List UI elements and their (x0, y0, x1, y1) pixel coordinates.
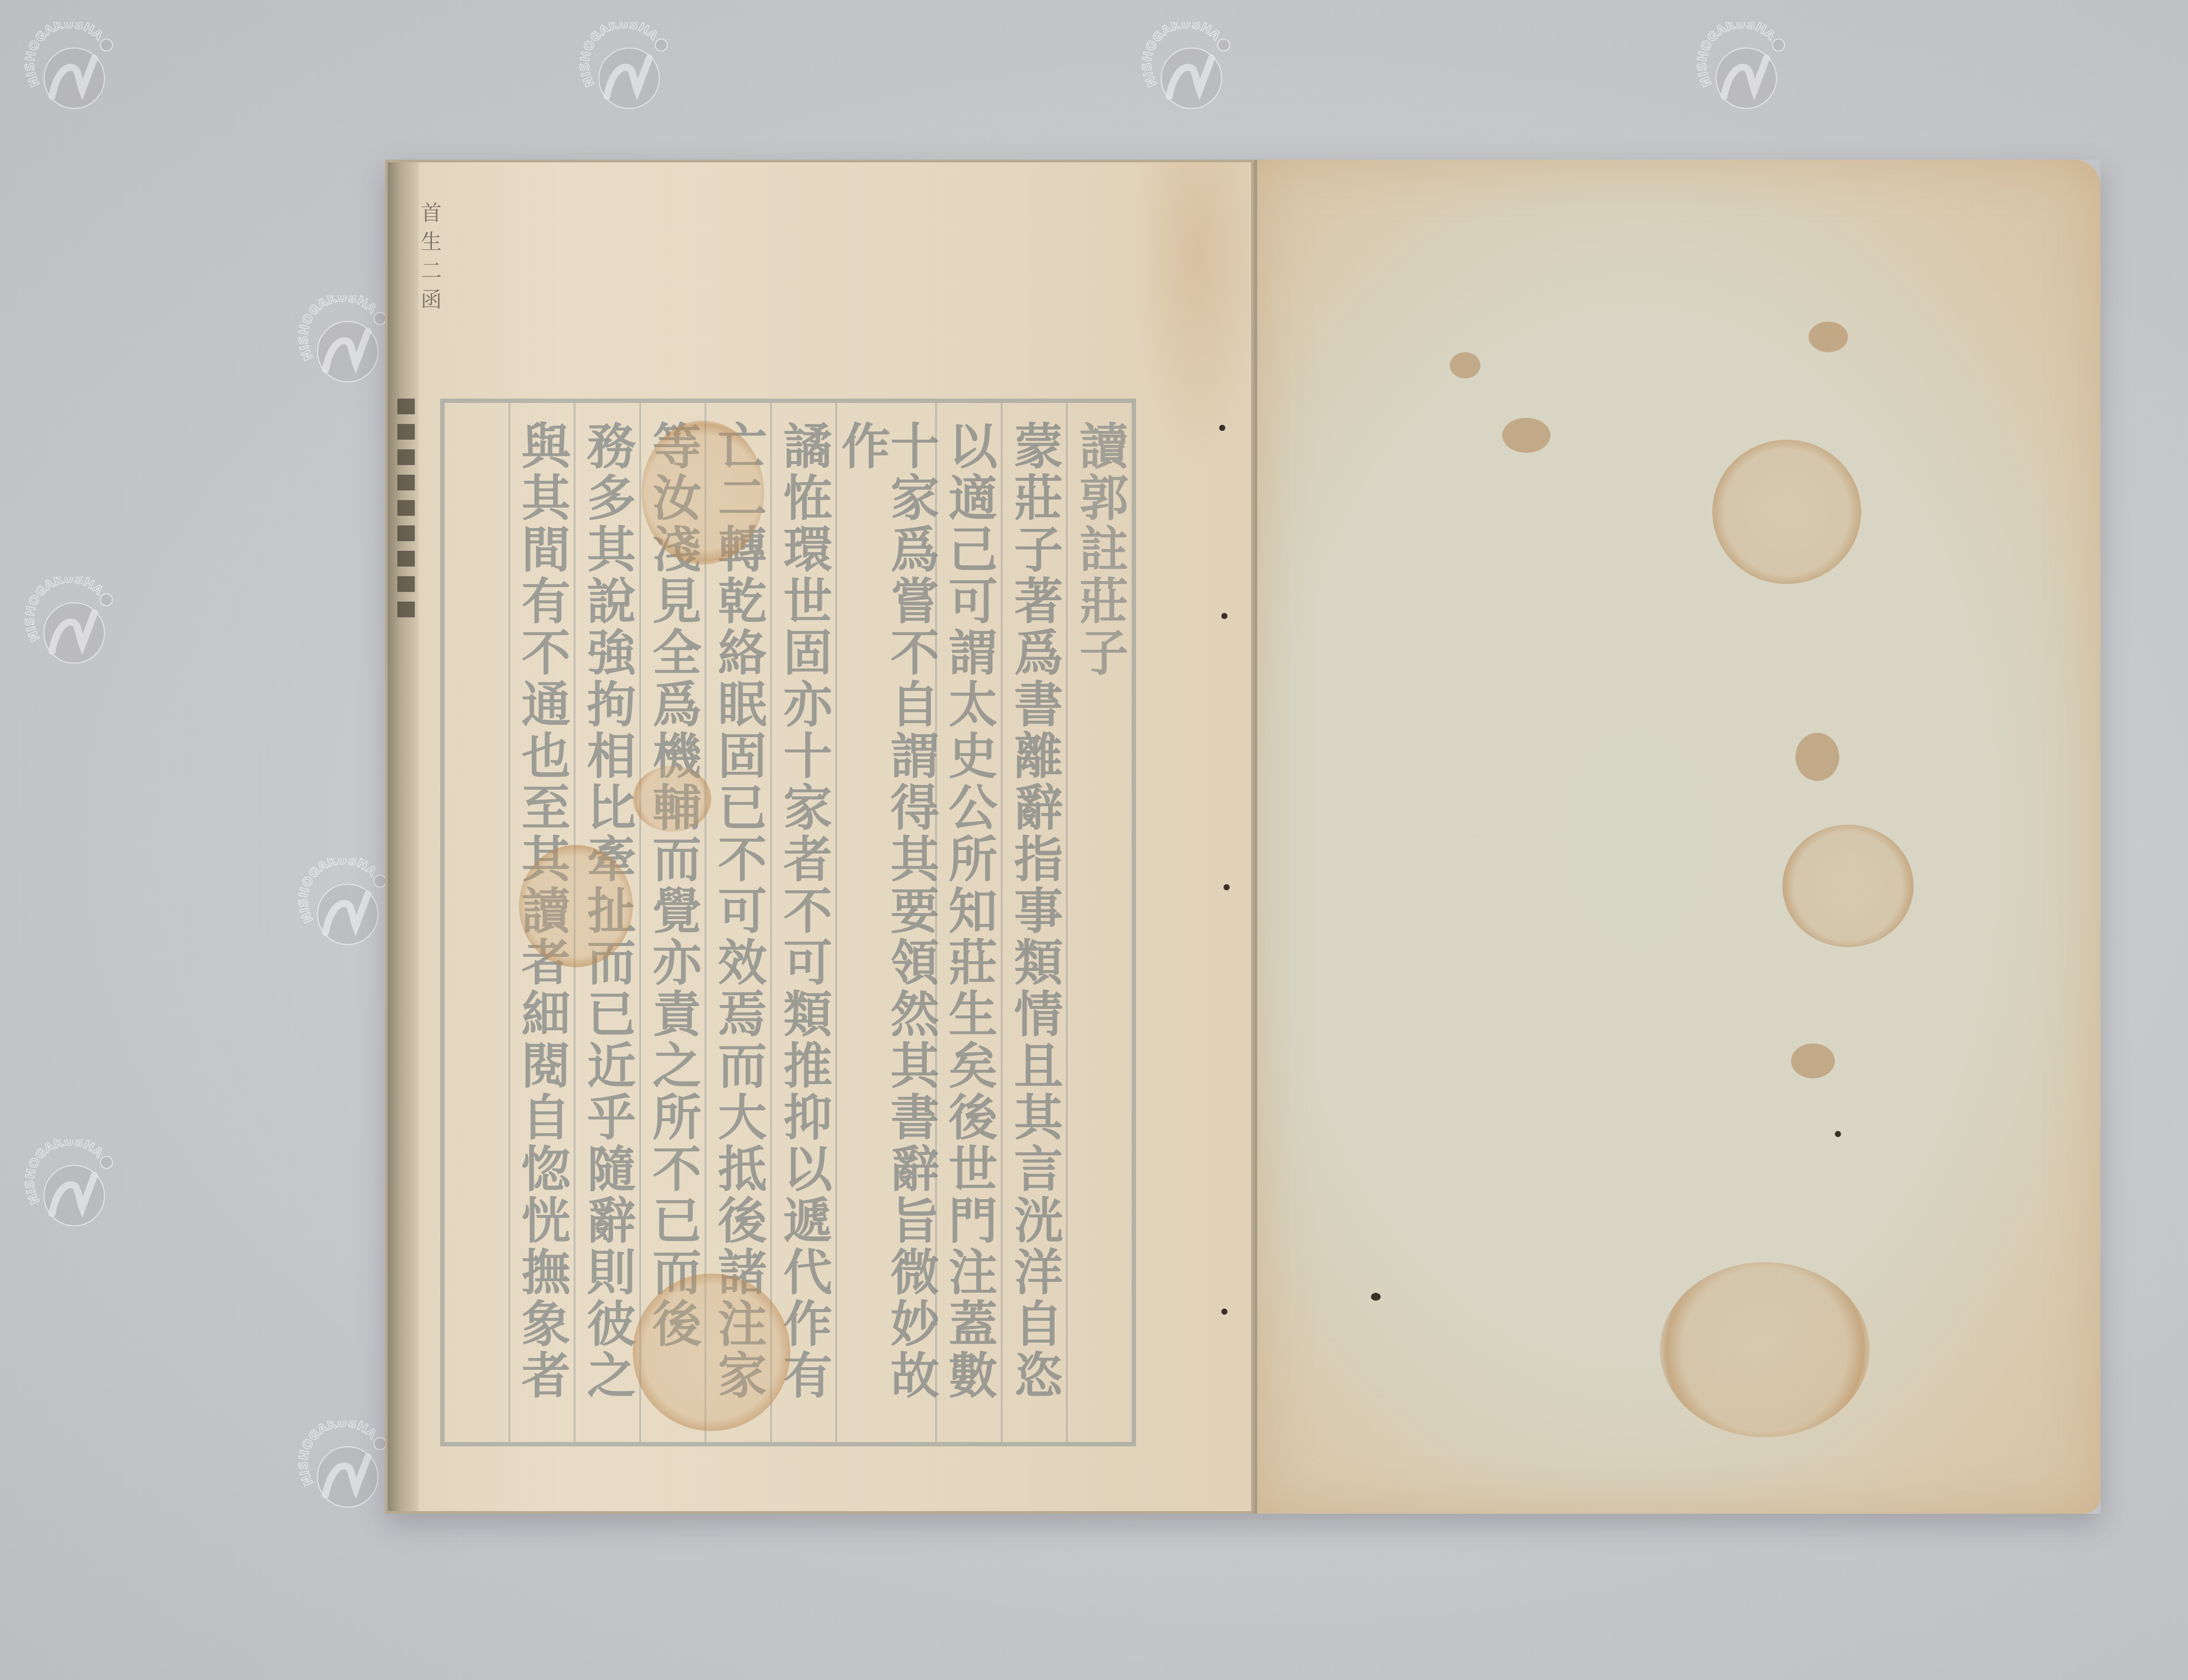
worm-hole (1221, 1309, 1227, 1315)
water-stain (642, 420, 764, 565)
stain-spot (1450, 352, 1480, 378)
water-stain (1712, 440, 1861, 584)
water-stain (1660, 1262, 1870, 1437)
water-stain (1782, 825, 1914, 947)
stain-spot (1809, 322, 1848, 352)
text-column-title: 讀郭註莊子 (1066, 403, 1132, 1442)
page-gutter (1254, 160, 1257, 1514)
spine-binding-marks (397, 399, 415, 626)
stain-spot (1795, 733, 1839, 781)
spine-edge (388, 162, 418, 1511)
water-stain (633, 1274, 790, 1431)
column-text: 十家爲嘗不自謂得其要領然其書辭旨微妙故作 (837, 420, 935, 1442)
column-text: 譎恠環世固亦十家者不可類推抑以遞代作有 (779, 420, 828, 1442)
text-column: 蒙莊子著爲書離辭指事類情且其言洸洋自恣 (1001, 403, 1066, 1442)
column-text: 蒙莊子著爲書離辭指事類情且其言洸洋自恣 (1010, 420, 1059, 1442)
worm-hole (1224, 884, 1230, 890)
spine-handwritten-label: 首生二函 (427, 202, 445, 317)
right-page-blank (1257, 160, 2100, 1514)
worm-hole (1371, 1293, 1381, 1301)
text-column: 十家爲嘗不自謂得其要領然其書辭旨微妙故作 (835, 403, 935, 1442)
worm-hole (1835, 1131, 1841, 1137)
worm-hole (1219, 425, 1225, 431)
stain-spot (1791, 1043, 1835, 1078)
text-column: 譎恠環世固亦十家者不可類推抑以遞代作有 (770, 403, 836, 1442)
water-stain (633, 766, 712, 832)
column-text: 以適己可謂太史公所知莊生矣後世門注蓋數 (944, 420, 993, 1442)
left-page: 首生二函 讀郭註莊子 蒙莊子著爲書離辭指事類情且其言洸洋自恣 以適己可謂太史公所… (385, 160, 1254, 1514)
worm-hole (1221, 613, 1227, 619)
text-column: 以適己可謂太史公所知莊生矣後世門注蓋數 (935, 403, 1001, 1442)
water-stain (519, 845, 633, 967)
book-title: 讀郭註莊子 (1075, 420, 1124, 1442)
water-stain (1132, 162, 1263, 469)
stain-spot (1502, 418, 1550, 453)
text-column-empty (445, 403, 508, 1442)
open-book: 首生二函 讀郭註莊子 蒙莊子著爲書離辭指事類情且其言洸洋自恣 以適己可謂太史公所… (385, 160, 2100, 1514)
